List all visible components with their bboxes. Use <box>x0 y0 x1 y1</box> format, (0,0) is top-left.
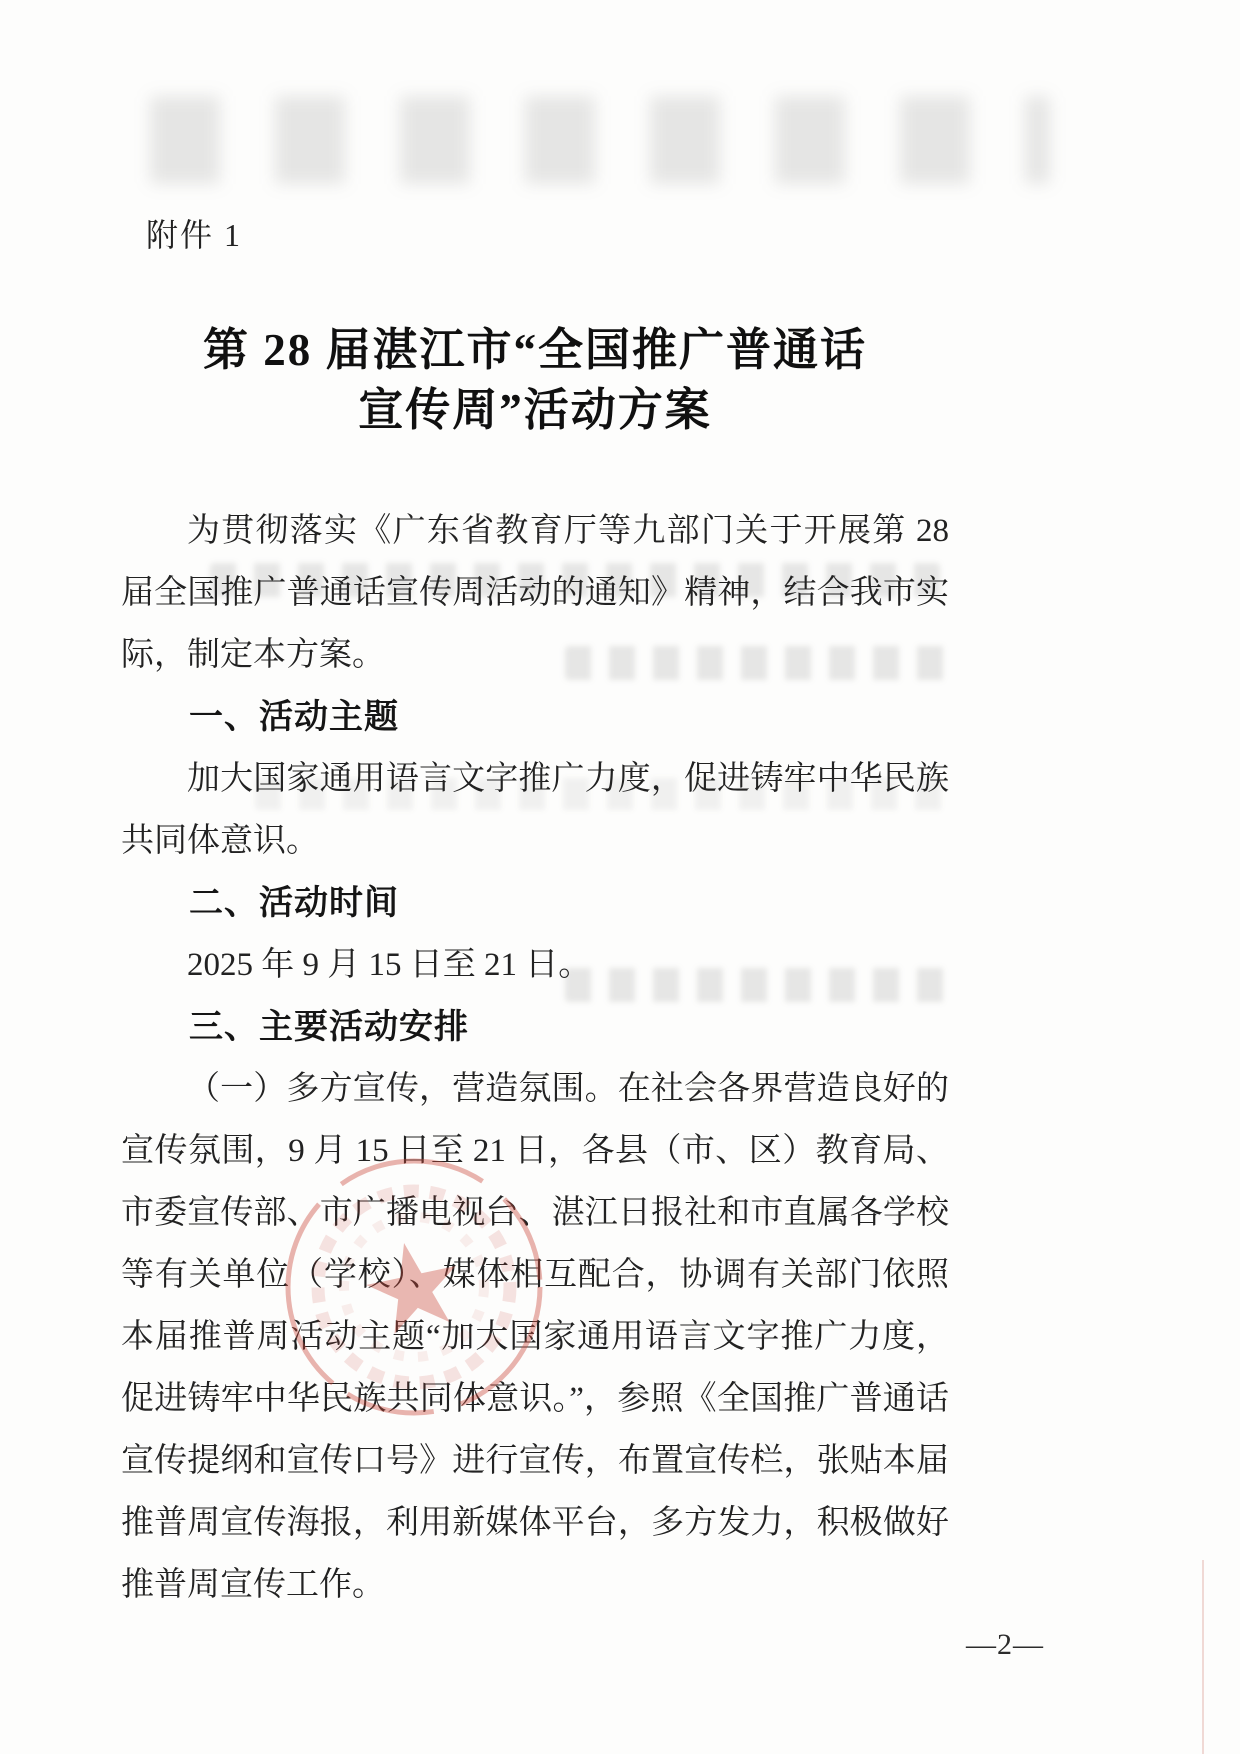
document-title-line1: 第 28 届湛江市“全国推广普通话 <box>120 320 950 380</box>
scan-edge-artifact <box>1202 1560 1204 1754</box>
document-body: 为贯彻落实《广东省教育厅等九部门关于开展第 28 届全国推广普通话宣传周活动的通… <box>121 500 949 1616</box>
intro-paragraph: 为贯彻落实《广东省教育厅等九部门关于开展第 28 届全国推广普通话宣传周活动的通… <box>121 500 949 686</box>
section-1-heading: 一、活动主题 <box>121 686 949 748</box>
section-2-heading: 二、活动时间 <box>121 872 949 934</box>
attachment-label: 附件 1 <box>146 216 242 254</box>
section-3-heading: 三、主要活动安排 <box>121 996 949 1058</box>
bleedthrough-artifact <box>150 96 1050 184</box>
page-number: —2— <box>966 1628 1044 1662</box>
section-1-body: 加大国家通用语言文字推广力度，促进铸牢中华民族共同体意识。 <box>121 748 949 872</box>
section-2-body: 2025 年 9 月 15 日至 21 日。 <box>121 934 949 996</box>
section-3-body: （一）多方宣传，营造氛围。在社会各界营造良好的宣传氛围，9 月 15 日至 21… <box>121 1058 949 1616</box>
document-title: 第 28 届湛江市“全国推广普通话 宣传周”活动方案 <box>120 320 950 440</box>
scanned-document-page: 附件 1 第 28 届湛江市“全国推广普通话 宣传周”活动方案 为贯彻落实《广东… <box>0 0 1240 1754</box>
document-title-line2: 宣传周”活动方案 <box>120 380 950 440</box>
